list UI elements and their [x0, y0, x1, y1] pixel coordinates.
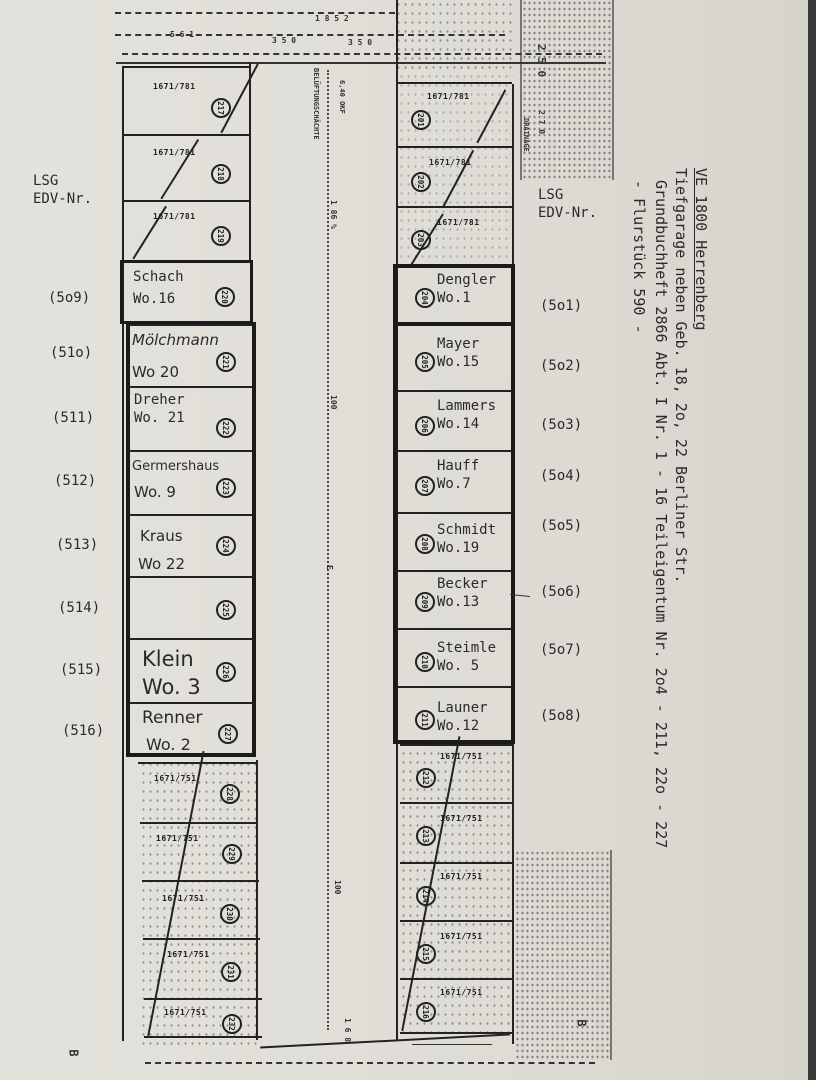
bay-number-circle: 227 [218, 724, 238, 744]
parking-bay-229: 1671/751 229 [140, 822, 258, 880]
bay-number-circle: 211 [415, 710, 435, 730]
dimension-label: 3 5 0 [272, 36, 296, 45]
owned-bay-204[interactable]: Dengler Wo.1 204 [397, 268, 511, 326]
drive-slope-label: 1 86 % [329, 200, 338, 229]
bay-number-circle: 208 [415, 534, 435, 554]
annotation-vent-shafts: BELÜFTUNGSCHÄCHTE [312, 68, 320, 140]
bay-number-circle: 220 [215, 287, 235, 307]
parking-bay-201: 1671/781 201 [397, 82, 512, 146]
owned-bay-227[interactable]: Renner Wo. 2 227 [130, 702, 252, 757]
bay-number-circle: 231 [221, 962, 241, 982]
owned-bay-209[interactable]: Becker Wo.13 209 [397, 570, 511, 628]
ramp-arrow [412, 1044, 492, 1067]
parking-bay-214: 1671/751 214 [400, 862, 512, 920]
dimension-label: 5 6 1 [170, 30, 194, 39]
bay-number-circle: 216 [416, 1002, 436, 1022]
edv-number: (5o9) [48, 290, 90, 306]
column-divider [249, 62, 251, 262]
parking-bay-232: 1671/751 232 [144, 998, 262, 1038]
ramp-outline [145, 1062, 595, 1064]
edv-number: (512) [54, 473, 96, 489]
dimension-label: 1 8 5 2 [315, 14, 349, 23]
drive-dimension-label: 100 [333, 880, 342, 894]
dimension-label: 3 5 0 [348, 38, 372, 47]
section-mark: B [575, 1019, 589, 1026]
bay-number-circle: 221 [216, 352, 236, 372]
column-label-right: LSG EDV-Nr. [538, 186, 597, 222]
diagonal-line [132, 206, 166, 259]
bay-number-circle: 228 [220, 784, 240, 804]
bay-number-circle: 219 [211, 226, 231, 246]
owned-bay-205[interactable]: Mayer Wo.15 205 [397, 328, 511, 390]
owned-bay-207[interactable]: Hauff Wo.7 207 [397, 450, 511, 512]
edv-number: (511) [52, 410, 94, 426]
edv-number: (5o1) [540, 298, 582, 314]
document-subtitle: Tiefgarage neben Geb. 18, 2o, 22 Berline… [672, 168, 690, 583]
bay-number-circle: 218 [211, 164, 231, 184]
drive-dimension-label: E [325, 565, 334, 570]
bay-number-circle: 207 [415, 476, 435, 496]
bay-number-circle: 202 [411, 172, 431, 192]
owned-bay-225[interactable]: 225 [130, 576, 252, 638]
bay-number-circle: 232 [222, 1014, 242, 1034]
document-title: VE 1800 Herrenberg [692, 168, 710, 331]
parking-bay-218: 1671/781 218 [123, 134, 249, 200]
hatch-area-shaft [515, 850, 612, 1060]
bay-number-circle: 212 [416, 768, 436, 788]
edv-number: (516) [62, 723, 104, 739]
parking-bay-202: 1671/781 202 [397, 146, 512, 206]
owned-bay-223[interactable]: Germershaus Wo. 9 223 [130, 450, 252, 514]
parking-bay-217: 1671/781 217 [123, 66, 249, 134]
hatch-area [395, 0, 515, 70]
owned-bay-208[interactable]: Schmidt Wo.19 208 [397, 512, 511, 570]
bay-number-circle: 217 [211, 98, 231, 118]
owned-bay-211[interactable]: Launer Wo.12 211 [397, 686, 511, 740]
owned-bay-221[interactable]: Mölchmann Wo 20 221 [130, 324, 252, 386]
annotation-level: 6,40 OKF [338, 80, 346, 114]
owned-bay-220[interactable]: Schach Wo.16 220 [120, 260, 253, 324]
parking-bay-213: 1671/751 213 [400, 802, 512, 862]
section-mark: B [67, 1049, 81, 1056]
bay-number-circle: 230 [220, 904, 240, 924]
bay-number-circle: 209 [415, 592, 435, 612]
parking-bay-230: 1671/751 230 [142, 880, 259, 938]
dimension-line [115, 12, 395, 14]
column-label-left: LSG EDV-Nr. [33, 172, 92, 208]
parking-bay-203: 1671/781 203 [397, 206, 512, 264]
owned-bay-206[interactable]: Lammers Wo.14 206 [397, 390, 511, 450]
edv-number: (51o) [50, 345, 92, 361]
edv-number: (5o6) [540, 584, 582, 600]
drive-dimension-label: 100 [329, 395, 338, 409]
edv-number: (513) [56, 537, 98, 553]
owned-bay-224[interactable]: Kraus Wo 22 224 [130, 514, 252, 576]
diagonal-line [476, 89, 505, 143]
bay-number-circle: 229 [222, 844, 242, 864]
document-parcel-line: - Flurstück 590 - [630, 180, 648, 334]
bay-number-circle: 225 [216, 600, 236, 620]
page-edge-shadow [808, 0, 816, 1080]
edv-number: (5o3) [540, 417, 582, 433]
edv-number: (5o8) [540, 708, 582, 724]
document-registry-line: Grundbuchheft 2866 Abt. I Nr. 1 - 16 Tei… [652, 180, 670, 848]
edv-number: (5o4) [540, 468, 582, 484]
edv-number: (5o7) [540, 642, 582, 658]
edv-number: (514) [58, 600, 100, 616]
scanned-document-page: 5 6 1 3 5 0 3 5 0 1 8 5 2 2 5 0 2 7 0 BE… [0, 0, 808, 1080]
diagonal-line [220, 64, 258, 134]
hatch-area-shaft [520, 0, 614, 180]
bay-number-circle: 213 [416, 826, 436, 846]
bay-number-circle: 210 [415, 652, 435, 672]
edv-number: (5o2) [540, 358, 582, 374]
bay-number-circle: 222 [216, 418, 236, 438]
owned-bay-222[interactable]: Dreher Wo. 21 222 [130, 386, 252, 450]
bay-number-circle: 201 [411, 110, 431, 130]
bay-number-circle: 206 [415, 416, 435, 436]
owned-bay-226[interactable]: Klein Wo. 3 226 [130, 638, 252, 702]
parking-bay-216: 1671/751 216 [400, 978, 512, 1034]
edv-number: (5o5) [540, 518, 582, 534]
bay-number-circle: 204 [415, 288, 435, 308]
parking-bay-219: 1671/781 219 [123, 200, 249, 262]
bay-number-circle: 205 [415, 352, 435, 372]
owned-bay-210[interactable]: Steimle Wo. 5 210 [397, 628, 511, 686]
edv-number: (515) [60, 662, 102, 678]
bay-number-circle: 223 [216, 478, 236, 498]
dimension-label: 1 6 8 [343, 1018, 352, 1042]
bay-number-circle: 224 [216, 536, 236, 556]
bay-number-circle: 226 [216, 662, 236, 682]
